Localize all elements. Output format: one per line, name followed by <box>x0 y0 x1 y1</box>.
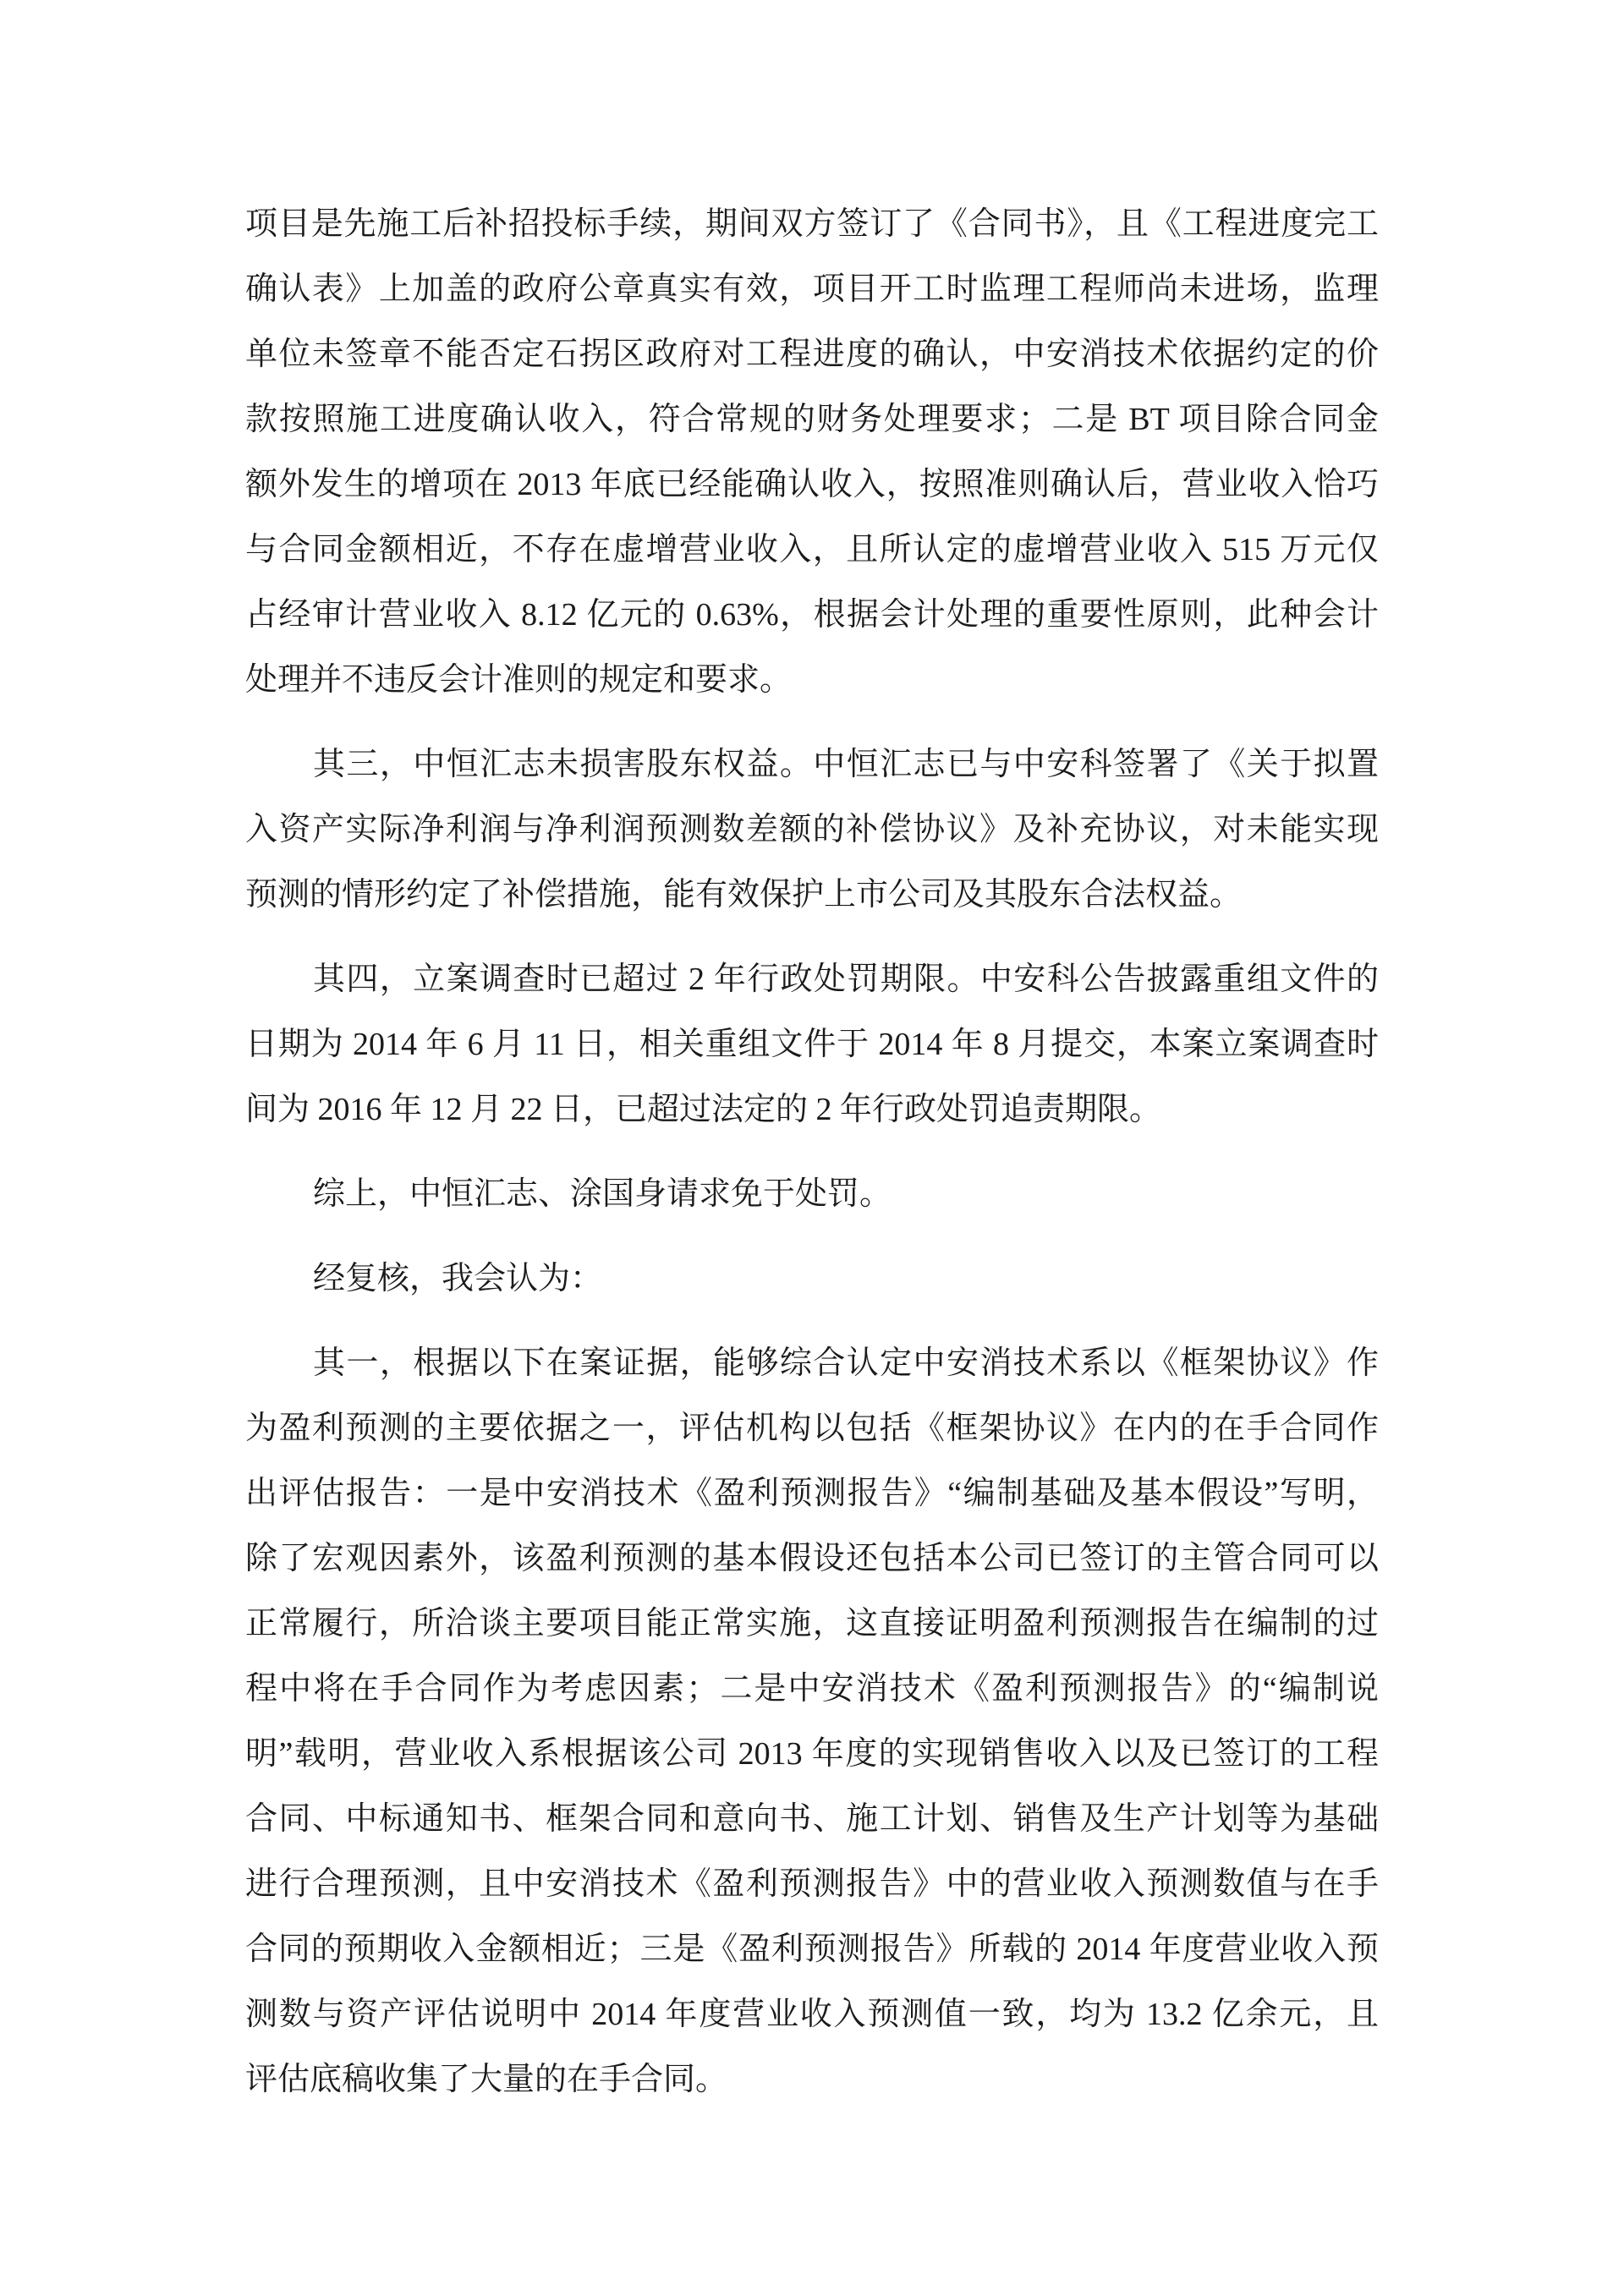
paragraph: 经复核，我会认为： <box>245 1247 1379 1312</box>
text-line: 额外发生的增项在 2013 年底已经能确认收入，按照准则确认后，营业收入恰巧 <box>245 452 1379 518</box>
text-line: 项目是先施工后补招投标手续，期间双方签订了《合同书》，且《工程进度完工 <box>245 192 1379 257</box>
paragraph: 其四，立案调查时已超过 2 年行政处罚期限。中安科公告披露重组文件的日期为 20… <box>245 947 1379 1143</box>
paragraph: 项目是先施工后补招投标手续，期间双方签订了《合同书》，且《工程进度完工确认表》上… <box>245 192 1379 713</box>
text-line: 其一，根据以下在案证据，能够综合认定中安消技术系以《框架协议》作 <box>245 1331 1379 1396</box>
paragraph: 其一，根据以下在案证据，能够综合认定中安消技术系以《框架协议》作为盈利预测的主要… <box>245 1331 1379 2112</box>
text-line: 占经审计营业收入 8.12 亿元的 0.63%，根据会计处理的重要性原则，此种会… <box>245 583 1379 648</box>
text-line: 明”载明，营业收入系根据该公司 2013 年度的实现销售收入以及已签订的工程 <box>245 1722 1379 1787</box>
text-line: 预测的情形约定了补偿措施，能有效保护上市公司及其股东合法权益。 <box>245 863 1379 928</box>
paragraph: 综上，中恒汇志、涂国身请求免于处罚。 <box>245 1162 1379 1227</box>
text-line: 合同、中标通知书、框架合同和意向书、施工计划、销售及生产计划等为基础 <box>245 1787 1379 1852</box>
text-line: 综上，中恒汇志、涂国身请求免于处罚。 <box>245 1162 1379 1227</box>
text-line: 款按照施工进度确认收入，符合常规的财务处理要求；二是 BT 项目除合同金 <box>245 387 1379 452</box>
text-line: 为盈利预测的主要依据之一，评估机构以包括《框架协议》在内的在手合同作 <box>245 1396 1379 1461</box>
text-line: 与合同金额相近，不存在虚增营业收入，且所认定的虚增营业收入 515 万元仅 <box>245 518 1379 583</box>
text-line: 除了宏观因素外，该盈利预测的基本假设还包括本公司已签订的主管合同可以 <box>245 1526 1379 1592</box>
text-line: 评估底稿收集了大量的在手合同。 <box>245 2047 1379 2112</box>
text-line: 经复核，我会认为： <box>245 1247 1379 1312</box>
text-line: 合同的预期收入金额相近；三是《盈利预测报告》所载的 2014 年度营业收入预 <box>245 1917 1379 1982</box>
text-line: 其四，立案调查时已超过 2 年行政处罚期限。中安科公告披露重组文件的 <box>245 947 1379 1012</box>
text-line: 程中将在手合同作为考虑因素；二是中安消技术《盈利预测报告》的“编制说 <box>245 1657 1379 1722</box>
text-line: 间为 2016 年 12 月 22 日，已超过法定的 2 年行政处罚追责期限。 <box>245 1077 1379 1143</box>
document-page: 项目是先施工后补招投标手续，期间双方签订了《合同书》，且《工程进度完工确认表》上… <box>0 0 1624 2296</box>
text-line: 确认表》上加盖的政府公章真实有效，项目开工时监理工程师尚未进场，监理 <box>245 257 1379 322</box>
text-line: 日期为 2014 年 6 月 11 日，相关重组文件于 2014 年 8 月提交… <box>245 1012 1379 1077</box>
text-line: 出评估报告：一是中安消技术《盈利预测报告》“编制基础及基本假设”写明， <box>245 1461 1379 1526</box>
text-line: 其三，中恒汇志未损害股东权益。中恒汇志已与中安科签署了《关于拟置 <box>245 732 1379 797</box>
text-line: 测数与资产评估说明中 2014 年度营业收入预测值一致，均为 13.2 亿余元，… <box>245 1982 1379 2047</box>
text-line: 入资产实际净利润与净利润预测数差额的补偿协议》及补充协议，对未能实现 <box>245 797 1379 863</box>
text-line: 进行合理预测，且中安消技术《盈利预测报告》中的营业收入预测数值与在手 <box>245 1852 1379 1917</box>
paragraph: 其三，中恒汇志未损害股东权益。中恒汇志已与中安科签署了《关于拟置入资产实际净利润… <box>245 732 1379 928</box>
text-column: 项目是先施工后补招投标手续，期间双方签订了《合同书》，且《工程进度完工确认表》上… <box>245 192 1379 2112</box>
text-line: 单位未签章不能否定石拐区政府对工程进度的确认，中安消技术依据约定的价 <box>245 322 1379 387</box>
text-line: 处理并不违反会计准则的规定和要求。 <box>245 648 1379 713</box>
text-line: 正常履行，所洽谈主要项目能正常实施，这直接证明盈利预测报告在编制的过 <box>245 1592 1379 1657</box>
